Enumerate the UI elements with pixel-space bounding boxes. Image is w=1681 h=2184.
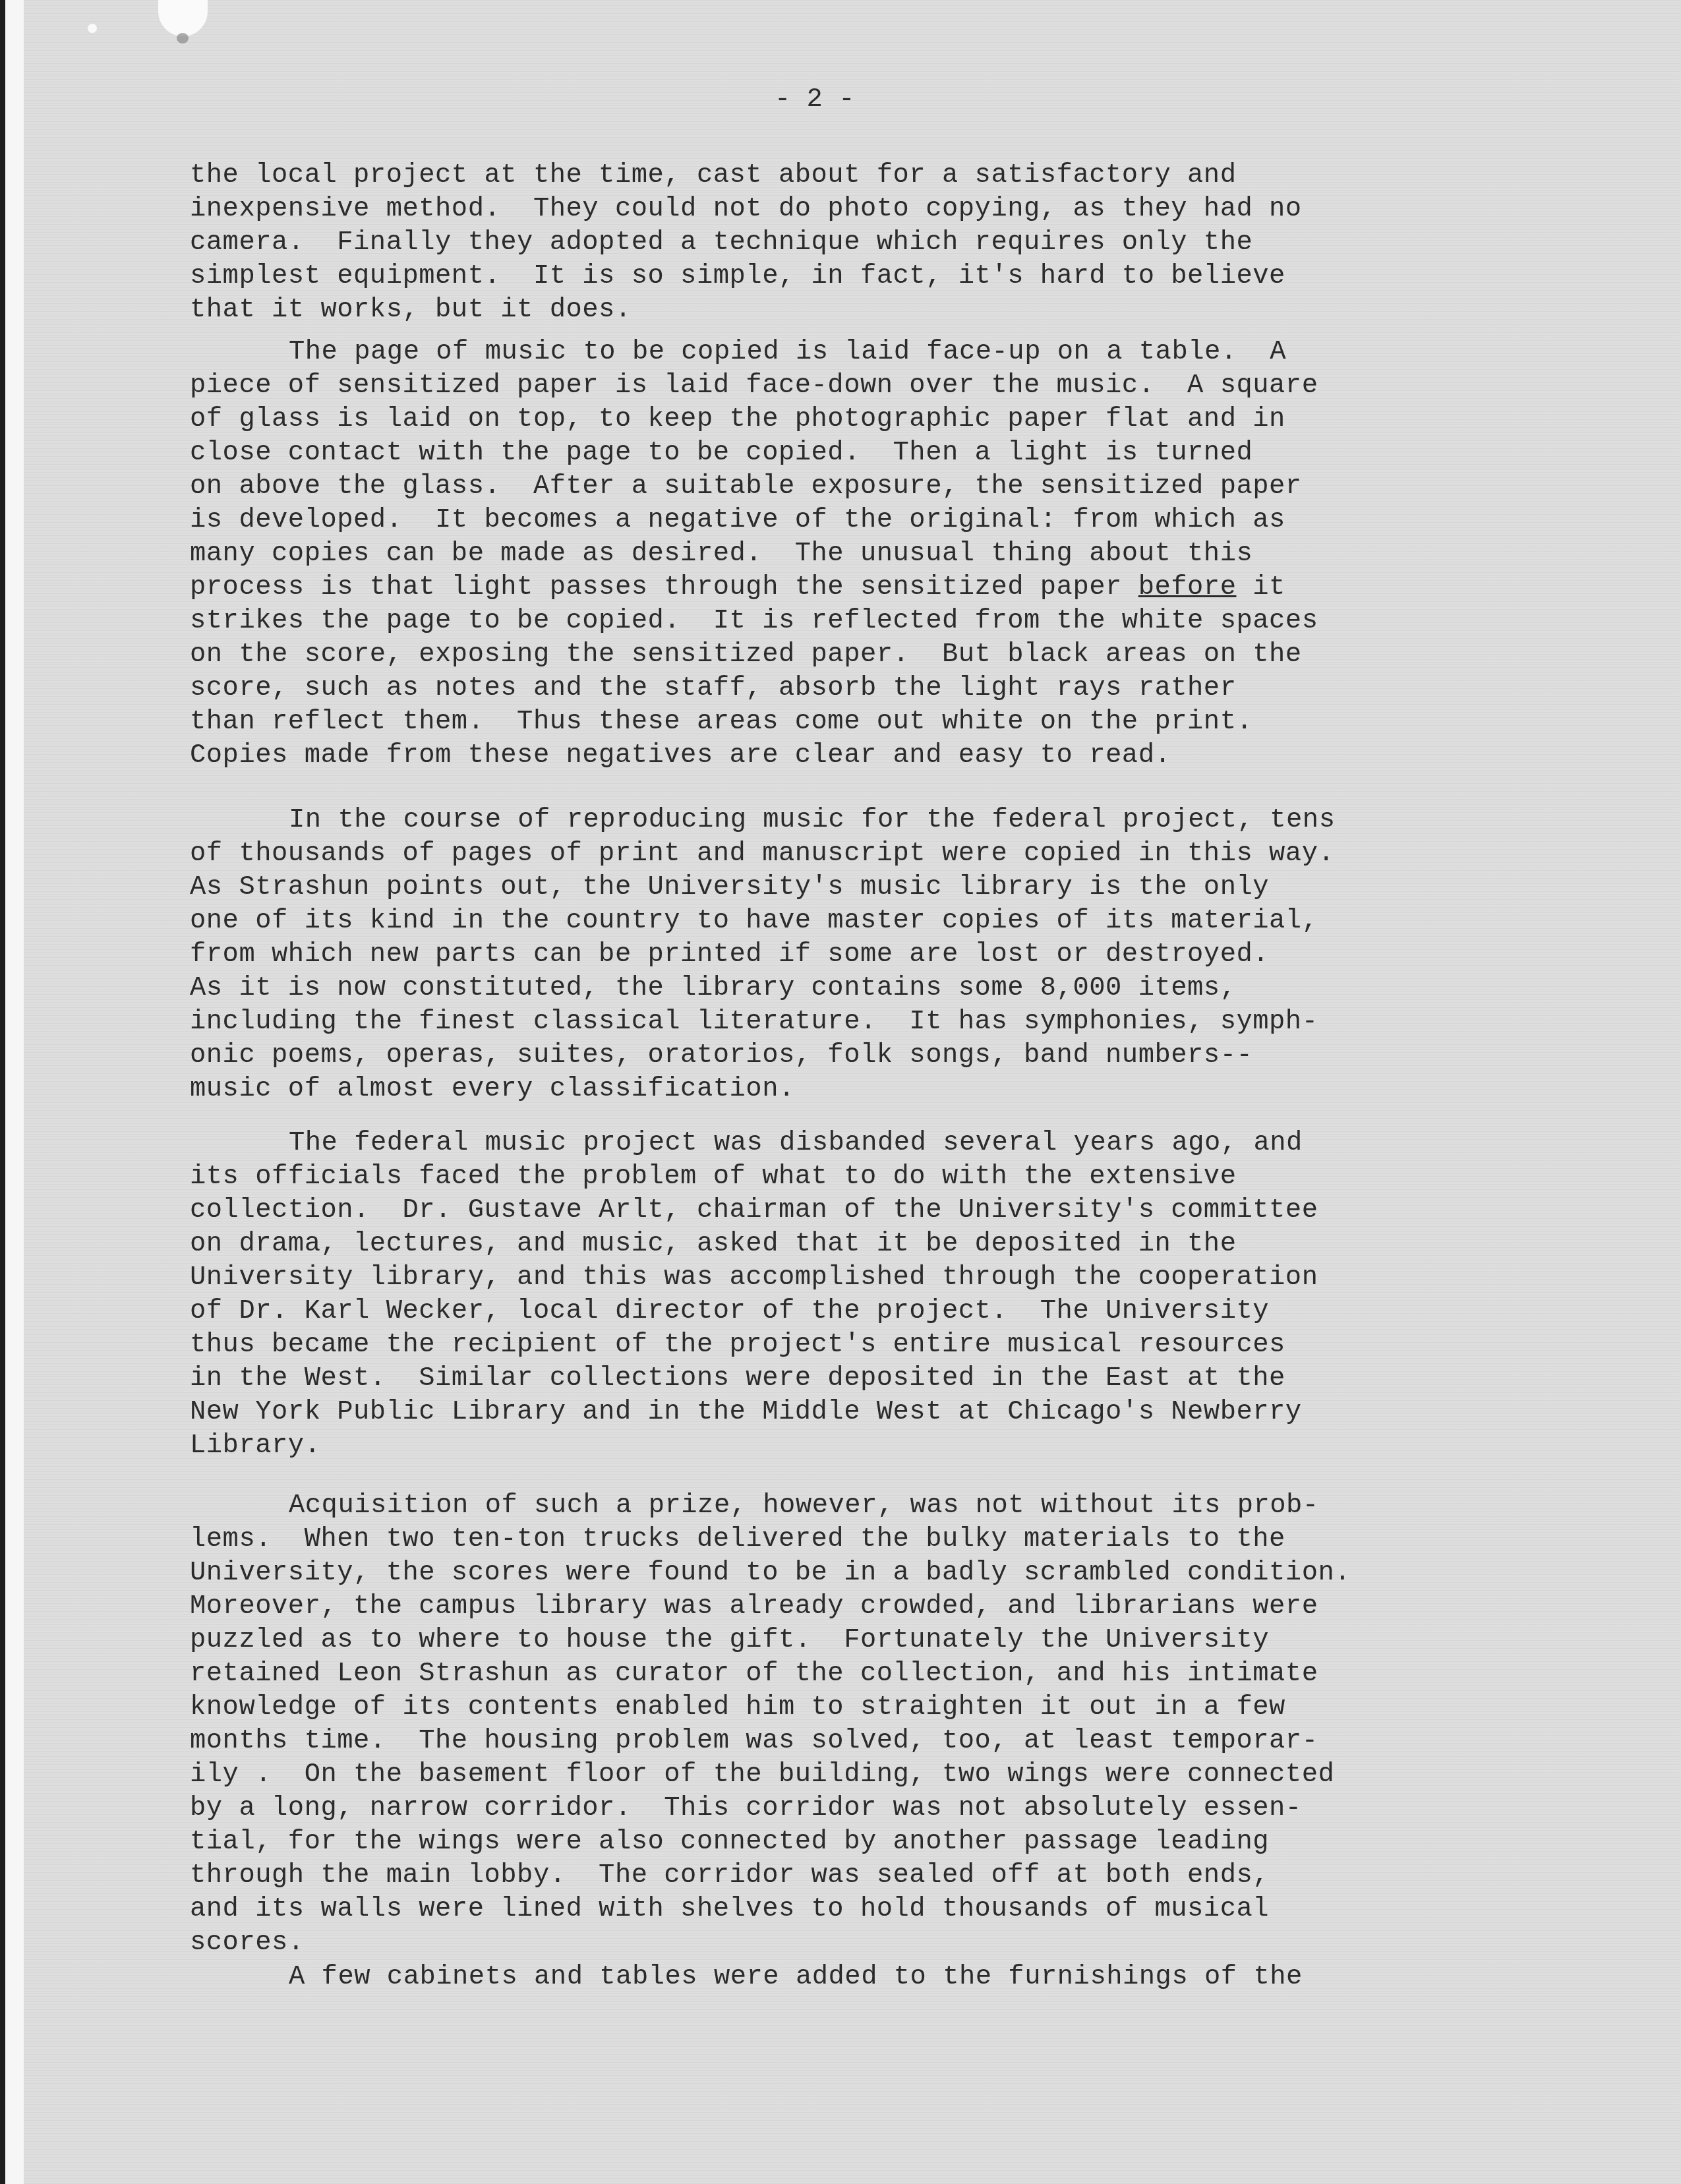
text-line: its officials faced the problem of what …: [190, 1161, 1236, 1193]
page-number: - 2 -: [775, 84, 855, 115]
text-line: camera. Finally they adopted a technique…: [190, 227, 1253, 258]
text-line: The federal music project was disbanded …: [289, 1127, 1303, 1159]
text-line: thus became the recipient of the project…: [190, 1329, 1285, 1361]
text-line: strikes the page to be copied. It is ref…: [190, 605, 1318, 637]
text-line: University, the scores were found to be …: [190, 1557, 1351, 1589]
text-line: from which new parts can be printed if s…: [190, 939, 1269, 970]
text-line: including the finest classical literatur…: [190, 1006, 1318, 1038]
text-line: scores.: [190, 1927, 305, 1959]
text-line: on drama, lectures, and music, asked tha…: [190, 1228, 1236, 1260]
text-line: simplest equipment. It is so simple, in …: [190, 260, 1285, 292]
text-line: is developed. It becomes a negative of t…: [190, 504, 1285, 536]
ink-stain: [177, 33, 189, 44]
text-line: on the score, exposing the sensitized pa…: [190, 639, 1302, 670]
text-line: collection. Dr. Gustave Arlt, chairman o…: [190, 1195, 1318, 1226]
text-line: As Strashun points out, the University's…: [190, 871, 1269, 903]
text-line: puzzled as to where to house the gift. F…: [190, 1624, 1269, 1656]
text-line: one of its kind in the country to have m…: [190, 905, 1318, 937]
text-line: of glass is laid on top, to keep the pho…: [190, 403, 1285, 435]
text-line: New York Public Library and in the Middl…: [190, 1396, 1302, 1428]
text-line: and its walls were lined with shelves to…: [190, 1893, 1269, 1925]
text-line: close contact with the page to be copied…: [190, 437, 1253, 469]
text-line: many copies can be made as desired. The …: [190, 538, 1253, 570]
underlined-word: before: [1138, 572, 1237, 603]
text-line: inexpensive method. They could not do ph…: [190, 193, 1302, 225]
text-line: that it works, but it does.: [190, 294, 632, 326]
text-line: months time. The housing problem was sol…: [190, 1725, 1318, 1757]
text-line: by a long, narrow corridor. This corrido…: [190, 1792, 1302, 1824]
text-line: University library, and this was accompl…: [190, 1262, 1318, 1293]
text-line: Moreover, the campus library was already…: [190, 1591, 1318, 1622]
text-line: knowledge of its contents enabled him to…: [190, 1692, 1285, 1723]
text-line: in the West. Similar collections were de…: [190, 1363, 1285, 1394]
text-line: In the course of reproducing music for t…: [289, 804, 1335, 836]
scanned-page: - 2 - the local project at the time, cas…: [0, 0, 1681, 2184]
punch-hole: [158, 0, 208, 36]
text-line: retained Leon Strashun as curator of the…: [190, 1658, 1318, 1690]
text-line: As it is now constituted, the library co…: [190, 972, 1236, 1004]
text-line: onic poems, operas, suites, oratorios, f…: [190, 1040, 1253, 1071]
text-line: Library.: [190, 1430, 320, 1461]
text-line: score, such as notes and the staff, abso…: [190, 672, 1236, 704]
text-line: than reflect them. Thus these areas come…: [190, 706, 1253, 738]
text-line: through the main lobby. The corridor was…: [190, 1860, 1269, 1891]
text-line: ily . On the basement floor of the build…: [190, 1759, 1334, 1790]
text-line: tial, for the wings were also connected …: [190, 1826, 1269, 1858]
scan-edge-shadow: [0, 0, 5, 2184]
text-line: Acquisition of such a prize, however, wa…: [289, 1490, 1319, 1521]
text-line: the local project at the time, cast abou…: [190, 160, 1236, 191]
text-line: A few cabinets and tables were added to …: [289, 1961, 1303, 1993]
scan-edge-margin: [5, 0, 24, 2184]
text-line: of thousands of pages of print and manus…: [190, 838, 1334, 870]
text-line: process is that light passes through the…: [190, 572, 1285, 603]
text-line: of Dr. Karl Wecker, local director of th…: [190, 1295, 1269, 1327]
text-line: piece of sensitized paper is laid face-d…: [190, 370, 1318, 401]
text-line: Copies made from these negatives are cle…: [190, 740, 1171, 771]
text-line: on above the glass. After a suitable exp…: [190, 471, 1302, 502]
punch-hole-small: [88, 24, 97, 33]
text-line: The page of music to be copied is laid f…: [289, 336, 1286, 368]
text-line: lems. When two ten-ton trucks delivered …: [190, 1523, 1285, 1555]
text-line: music of almost every classification.: [190, 1073, 795, 1105]
